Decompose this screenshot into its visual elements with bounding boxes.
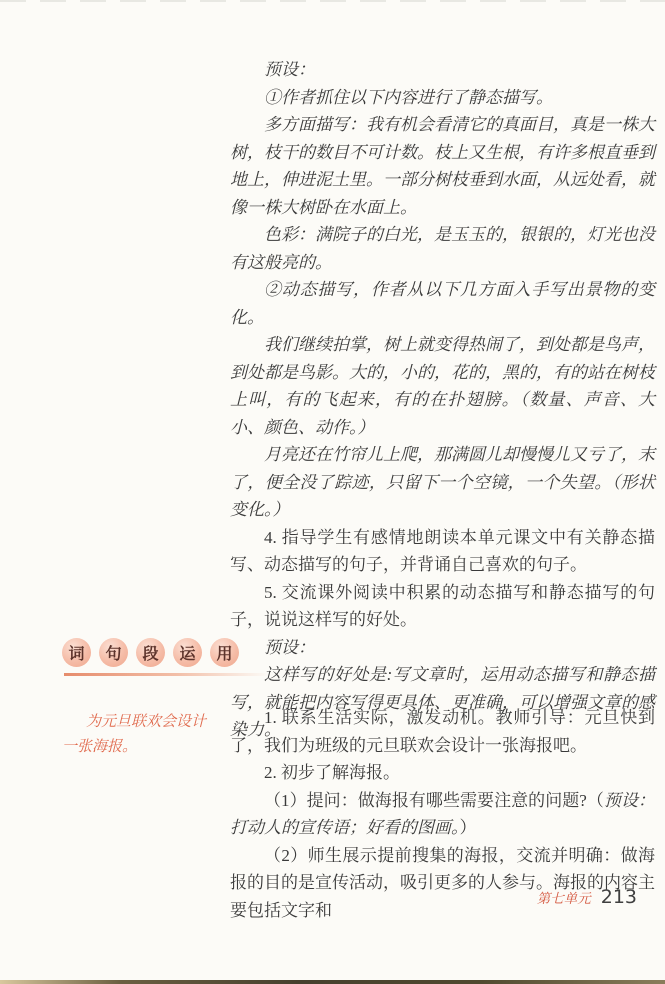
sub-step-2: （2）师生展示提前搜集的海报，交流并明确：做海报的目的是宣传活动，吸引更多的人参…: [230, 842, 655, 925]
sub-step-1-question: （1）提问：做海报有哪些需要注意的问题?（: [264, 791, 604, 810]
step-1: 1. 联系生活实际，激发动机。教师引导：元旦快到了，我们为班级的元旦联欢会设计一…: [230, 704, 655, 759]
margin-note: 为元旦联欢会设计 一张海报。: [62, 710, 214, 760]
step-5: 5. 交流课外阅读中积累的动态描写和静态描写的句子，说说这样写的好处。: [230, 579, 655, 634]
preset-label: 预设：: [230, 56, 655, 84]
badge-char: 段: [136, 638, 165, 667]
page-bottom-edge-line: [0, 980, 665, 984]
badge-char: 运: [173, 638, 202, 667]
section-underline: [64, 673, 269, 676]
paragraph: 月亮还在竹帘儿上爬，那满圆儿却慢慢儿又亏了，末了，便全没了踪迹，只留下一个空镜，…: [230, 441, 655, 524]
paragraph: 色彩：满院子的白光，是玉玉的，银银的，灯光也没有这般亮的。: [230, 221, 655, 276]
unit-label: 第七单元: [537, 887, 591, 907]
page-number: 213: [601, 886, 637, 908]
step-4: 4. 指导学生有感情地朗读本单元课文中有关静态描写、动态描写的句子，并背诵自己喜…: [230, 524, 655, 579]
section-header-word-sentence-paragraph: 词 句 段 运 用: [62, 638, 302, 676]
sub-step-1: （1）提问：做海报有哪些需要注意的问题?（预设：打动人的宣传语；好看的图画。）: [230, 787, 655, 842]
badge-char: 词: [62, 638, 91, 667]
page-footer: 第七单元 213: [537, 886, 637, 908]
book-page: 预设： ①作者抓住以下内容进行了静态描写。 多方面描写：我有机会看清它的真面目，…: [0, 0, 665, 984]
sub-step-1-close: ）: [460, 818, 477, 837]
step-2: 2. 初步了解海报。: [230, 759, 655, 787]
page-top-edge-line: [0, 0, 665, 2]
paragraph: 多方面描写：我有机会看清它的真面目，真是一株大树，枝干的数目不可计数。枝上又生根…: [230, 111, 655, 221]
paragraph: 我们继续拍掌，树上就变得热闹了，到处都是鸟声，到处都是鸟影。大的，小的，花的，黑…: [230, 331, 655, 441]
margin-note-line: 一张海报。: [62, 735, 214, 760]
paragraph: ①作者抓住以下内容进行了静态描写。: [230, 84, 655, 112]
badge-char: 用: [210, 638, 239, 667]
paragraph: ②动态描写，作者从以下几方面入手写出景物的变化。: [230, 276, 655, 331]
section-title-badges: 词 句 段 运 用: [62, 638, 302, 667]
margin-note-line: 为元旦联欢会设计: [62, 710, 214, 735]
badge-char: 句: [99, 638, 128, 667]
